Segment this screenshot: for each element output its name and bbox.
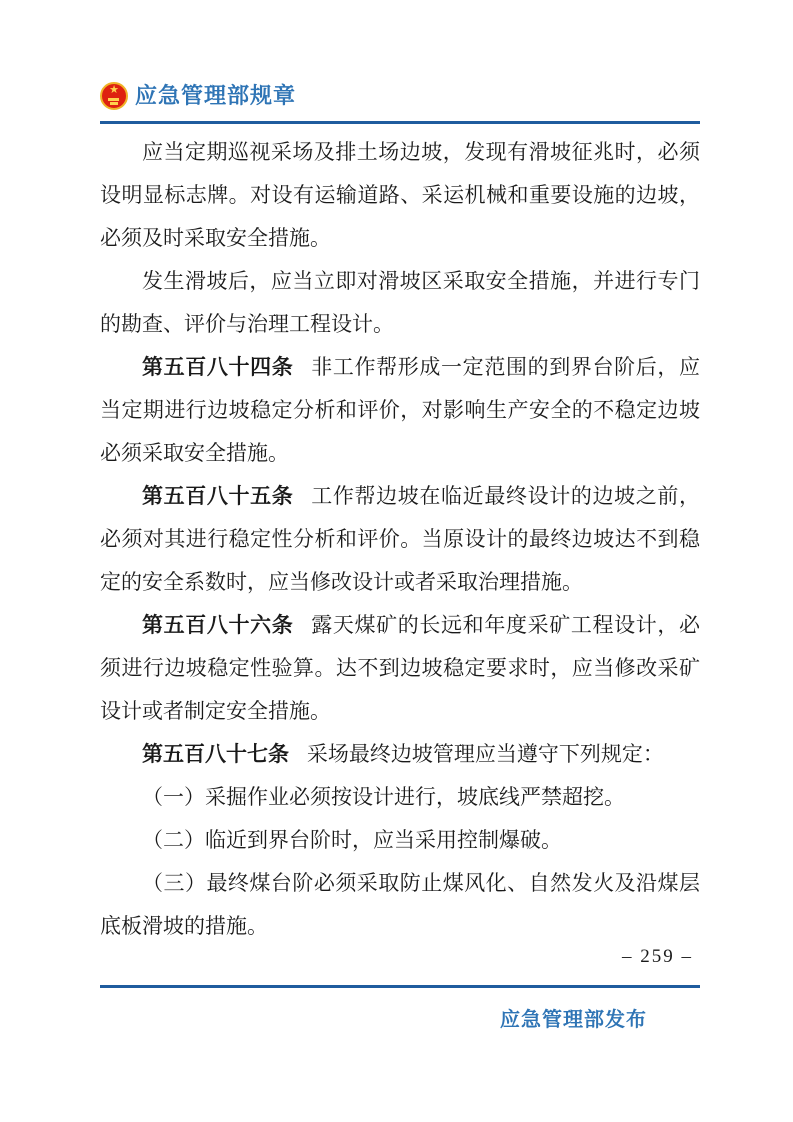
paragraph-text: （三）最终煤台阶必须采取防止煤风化、自然发火及沿煤层底板滑坡的措施。 bbox=[100, 871, 700, 938]
paragraph-text: （一）采掘作业必须按设计进行，坡底线严禁超挖。 bbox=[142, 785, 625, 809]
header-rule bbox=[100, 121, 700, 124]
page-number: – 259 – bbox=[622, 946, 693, 968]
document-body: 应当定期巡视采场及排土场边坡，发现有滑坡征兆时，必须设明显标志牌。对设有运输道路… bbox=[100, 131, 700, 948]
national-emblem-icon: ★ bbox=[100, 82, 128, 110]
paragraph: 第五百八十四条非工作帮形成一定范围的到界台阶后，应当定期进行边坡稳定分析和评价，… bbox=[100, 346, 700, 475]
list-item: （二）临近到界台阶时，应当采用控制爆破。 bbox=[100, 819, 700, 862]
article-number: 第五百八十五条 bbox=[142, 485, 293, 508]
article-number: 第五百八十六条 bbox=[142, 614, 293, 637]
paragraph-text: 应当定期巡视采场及排土场边坡，发现有滑坡征兆时，必须设明显标志牌。对设有运输道路… bbox=[100, 140, 700, 250]
paragraph: 第五百八十六条露天煤矿的长远和年度采矿工程设计，必须进行边坡稳定性验算。达不到边… bbox=[100, 604, 700, 733]
footer-rule bbox=[100, 985, 700, 988]
list-item: （一）采掘作业必须按设计进行，坡底线严禁超挖。 bbox=[100, 776, 700, 819]
article-number: 第五百八十四条 bbox=[142, 356, 293, 379]
paragraph-text: （二）临近到界台阶时，应当采用控制爆破。 bbox=[142, 828, 562, 852]
article-number: 第五百八十七条 bbox=[142, 743, 289, 766]
paragraph: 第五百八十五条工作帮边坡在临近最终设计的边坡之前，必须对其进行稳定性分析和评价。… bbox=[100, 475, 700, 604]
document-page: ★ 应急管理部规章 应当定期巡视采场及排土场边坡，发现有滑坡征兆时，必须设明显标… bbox=[0, 0, 793, 1122]
header-title: 应急管理部规章 bbox=[135, 82, 296, 110]
paragraph: 应当定期巡视采场及排土场边坡，发现有滑坡征兆时，必须设明显标志牌。对设有运输道路… bbox=[100, 131, 700, 260]
paragraph-text: 采场最终边坡管理应当遵守下列规定： bbox=[307, 742, 664, 766]
list-item: （三）最终煤台阶必须采取防止煤风化、自然发火及沿煤层底板滑坡的措施。 bbox=[100, 862, 700, 948]
paragraph: 发生滑坡后，应当立即对滑坡区采取安全措施，并进行专门的勘查、评价与治理工程设计。 bbox=[100, 260, 700, 346]
publisher-label: 应急管理部发布 bbox=[500, 1003, 647, 1032]
page-header: ★ 应急管理部规章 bbox=[100, 82, 700, 110]
paragraph: 第五百八十七条采场最终边坡管理应当遵守下列规定： bbox=[100, 733, 700, 776]
paragraph-text: 发生滑坡后，应当立即对滑坡区采取安全措施，并进行专门的勘查、评价与治理工程设计。 bbox=[100, 269, 700, 336]
